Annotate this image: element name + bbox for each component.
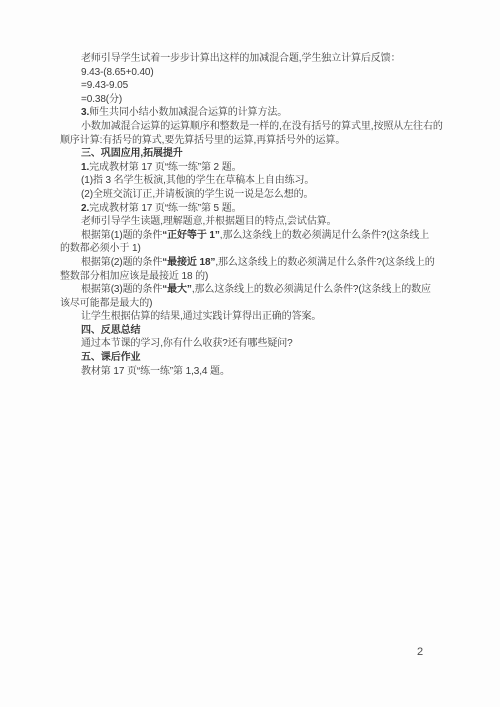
body-text: =0.38(分) (81, 94, 122, 105)
text-line: 让学生根据估算的结果,通过实践计算得出正确的答案。 (60, 310, 436, 324)
body-text: 完成教材第 17 页“练一练”第 5 题。 (89, 203, 241, 214)
body-text: (1)指 3 名学生板演,其他的学生在草稿本上自由练习。 (81, 175, 314, 186)
text-line: 顺序计算:有括号的算式,要先算括号里的运算,再算括号外的运算。 (60, 134, 436, 148)
bold-text: 2. (81, 203, 89, 214)
text-line: 小数加减混合运算的运算顺序和整数是一样的,在没有括号的算式里,按照从左往右的 (60, 120, 436, 134)
text-line: 五、课后作业 (60, 351, 436, 365)
document-lines: 老师引导学生试着一步步计算出这样的加减混合题,学生独立计算后反馈：9.43-(8… (60, 52, 436, 378)
text-line: (1)指 3 名学生板演,其他的学生在草稿本上自由练习。 (60, 174, 436, 188)
body-text: 师生共同小结小数加减混合运算的计算方法。 (89, 107, 287, 118)
bold-text: 四、反思总结 (81, 325, 140, 336)
bold-text: 三、巩固应用,拓展提升 (81, 148, 183, 159)
bold-text: “最接近 18” (162, 257, 215, 268)
scanned-document-page: 老师引导学生试着一步步计算出这样的加减混合题,学生独立计算后反馈：9.43-(8… (0, 0, 500, 707)
text-line: 2.完成教材第 17 页“练一练”第 5 题。 (60, 202, 436, 216)
text-line: 教材第 17 页“练一练”第 1,3,4 题。 (60, 365, 436, 379)
body-text: 根据第(2)题的条件 (81, 257, 162, 268)
body-text: 整数部分相加应该是最接近 18 的) (60, 271, 208, 282)
body-text: 9.43-(8.65+0.40) (81, 67, 154, 78)
bold-text: 五、课后作业 (81, 352, 140, 363)
body-text: =9.43-9.05 (81, 80, 128, 91)
body-text: ,那么这条线上的数必须满足什么条件?(这条线上的数应 (192, 284, 431, 295)
text-line: 3.师生共同小结小数加减混合运算的计算方法。 (60, 106, 436, 120)
bold-text: 1. (81, 162, 89, 173)
body-text: ,那么这条线上的数必须满足什么条件?(这条线上 (220, 230, 429, 241)
text-line: 四、反思总结 (60, 324, 436, 338)
text-line: =9.43-9.05 (60, 79, 436, 93)
body-text: 根据第(3)题的条件 (81, 284, 162, 295)
bold-text: “正好等于 1” (162, 230, 220, 241)
body-text: 根据第(1)题的条件 (81, 230, 162, 241)
body-text: 让学生根据估算的结果,通过实践计算得出正确的答案。 (81, 311, 321, 322)
bold-text: 3. (81, 107, 89, 118)
text-line: 通过本节课的学习,你有什么收获?还有哪些疑问? (60, 337, 436, 351)
body-text: ,那么这条线上的数必须满足什么条件?(这条线上的 (215, 257, 434, 268)
body-text: (2)全班交流订正,并请板演的学生说一说是怎么想的。 (81, 189, 313, 200)
body-text: 老师引导学生读题,理解题意,并根据题目的特点,尝试估算。 (81, 216, 337, 227)
text-line: 的数都必须小于 1) (60, 242, 436, 256)
text-line: 根据第(2)题的条件“最接近 18”,那么这条线上的数必须满足什么条件?(这条线… (60, 256, 436, 270)
text-line: 老师引导学生读题,理解题意,并根据题目的特点,尝试估算。 (60, 215, 436, 229)
body-text: 通过本节课的学习,你有什么收获?还有哪些疑问? (81, 338, 293, 349)
text-line: 整数部分相加应该是最接近 18 的) (60, 270, 436, 284)
text-line: 根据第(1)题的条件“正好等于 1”,那么这条线上的数必须满足什么条件?(这条线… (60, 229, 436, 243)
text-line: 根据第(3)题的条件“最大”,那么这条线上的数必须满足什么条件?(这条线上的数应 (60, 283, 436, 297)
text-line: 老师引导学生试着一步步计算出这样的加减混合题,学生独立计算后反馈： (60, 52, 436, 66)
text-line: 9.43-(8.65+0.40) (60, 66, 436, 80)
body-text: 顺序计算:有括号的算式,要先算括号里的运算,再算括号外的运算。 (60, 135, 345, 146)
text-line: (2)全班交流订正,并请板演的学生说一说是怎么想的。 (60, 188, 436, 202)
text-line: =0.38(分) (60, 93, 436, 107)
text-line: 三、巩固应用,拓展提升 (60, 147, 436, 161)
body-text: 老师引导学生试着一步步计算出这样的加减混合题,学生独立计算后反馈： (81, 53, 400, 64)
body-text: 教材第 17 页“练一练”第 1,3,4 题。 (81, 366, 230, 377)
body-text: 小数加减混合运算的运算顺序和整数是一样的,在没有括号的算式里,按照从左往右的 (81, 121, 443, 132)
bold-text: “最大” (162, 284, 192, 295)
body-text: 的数都必须小于 1) (60, 243, 141, 254)
text-line: 1.完成教材第 17 页“练一练”第 2 题。 (60, 161, 436, 175)
body-text: 该尽可能都是最大的) (60, 298, 152, 309)
text-line: 该尽可能都是最大的) (60, 297, 436, 311)
body-text: 完成教材第 17 页“练一练”第 2 题。 (89, 162, 241, 173)
page-number: 2 (417, 646, 423, 658)
